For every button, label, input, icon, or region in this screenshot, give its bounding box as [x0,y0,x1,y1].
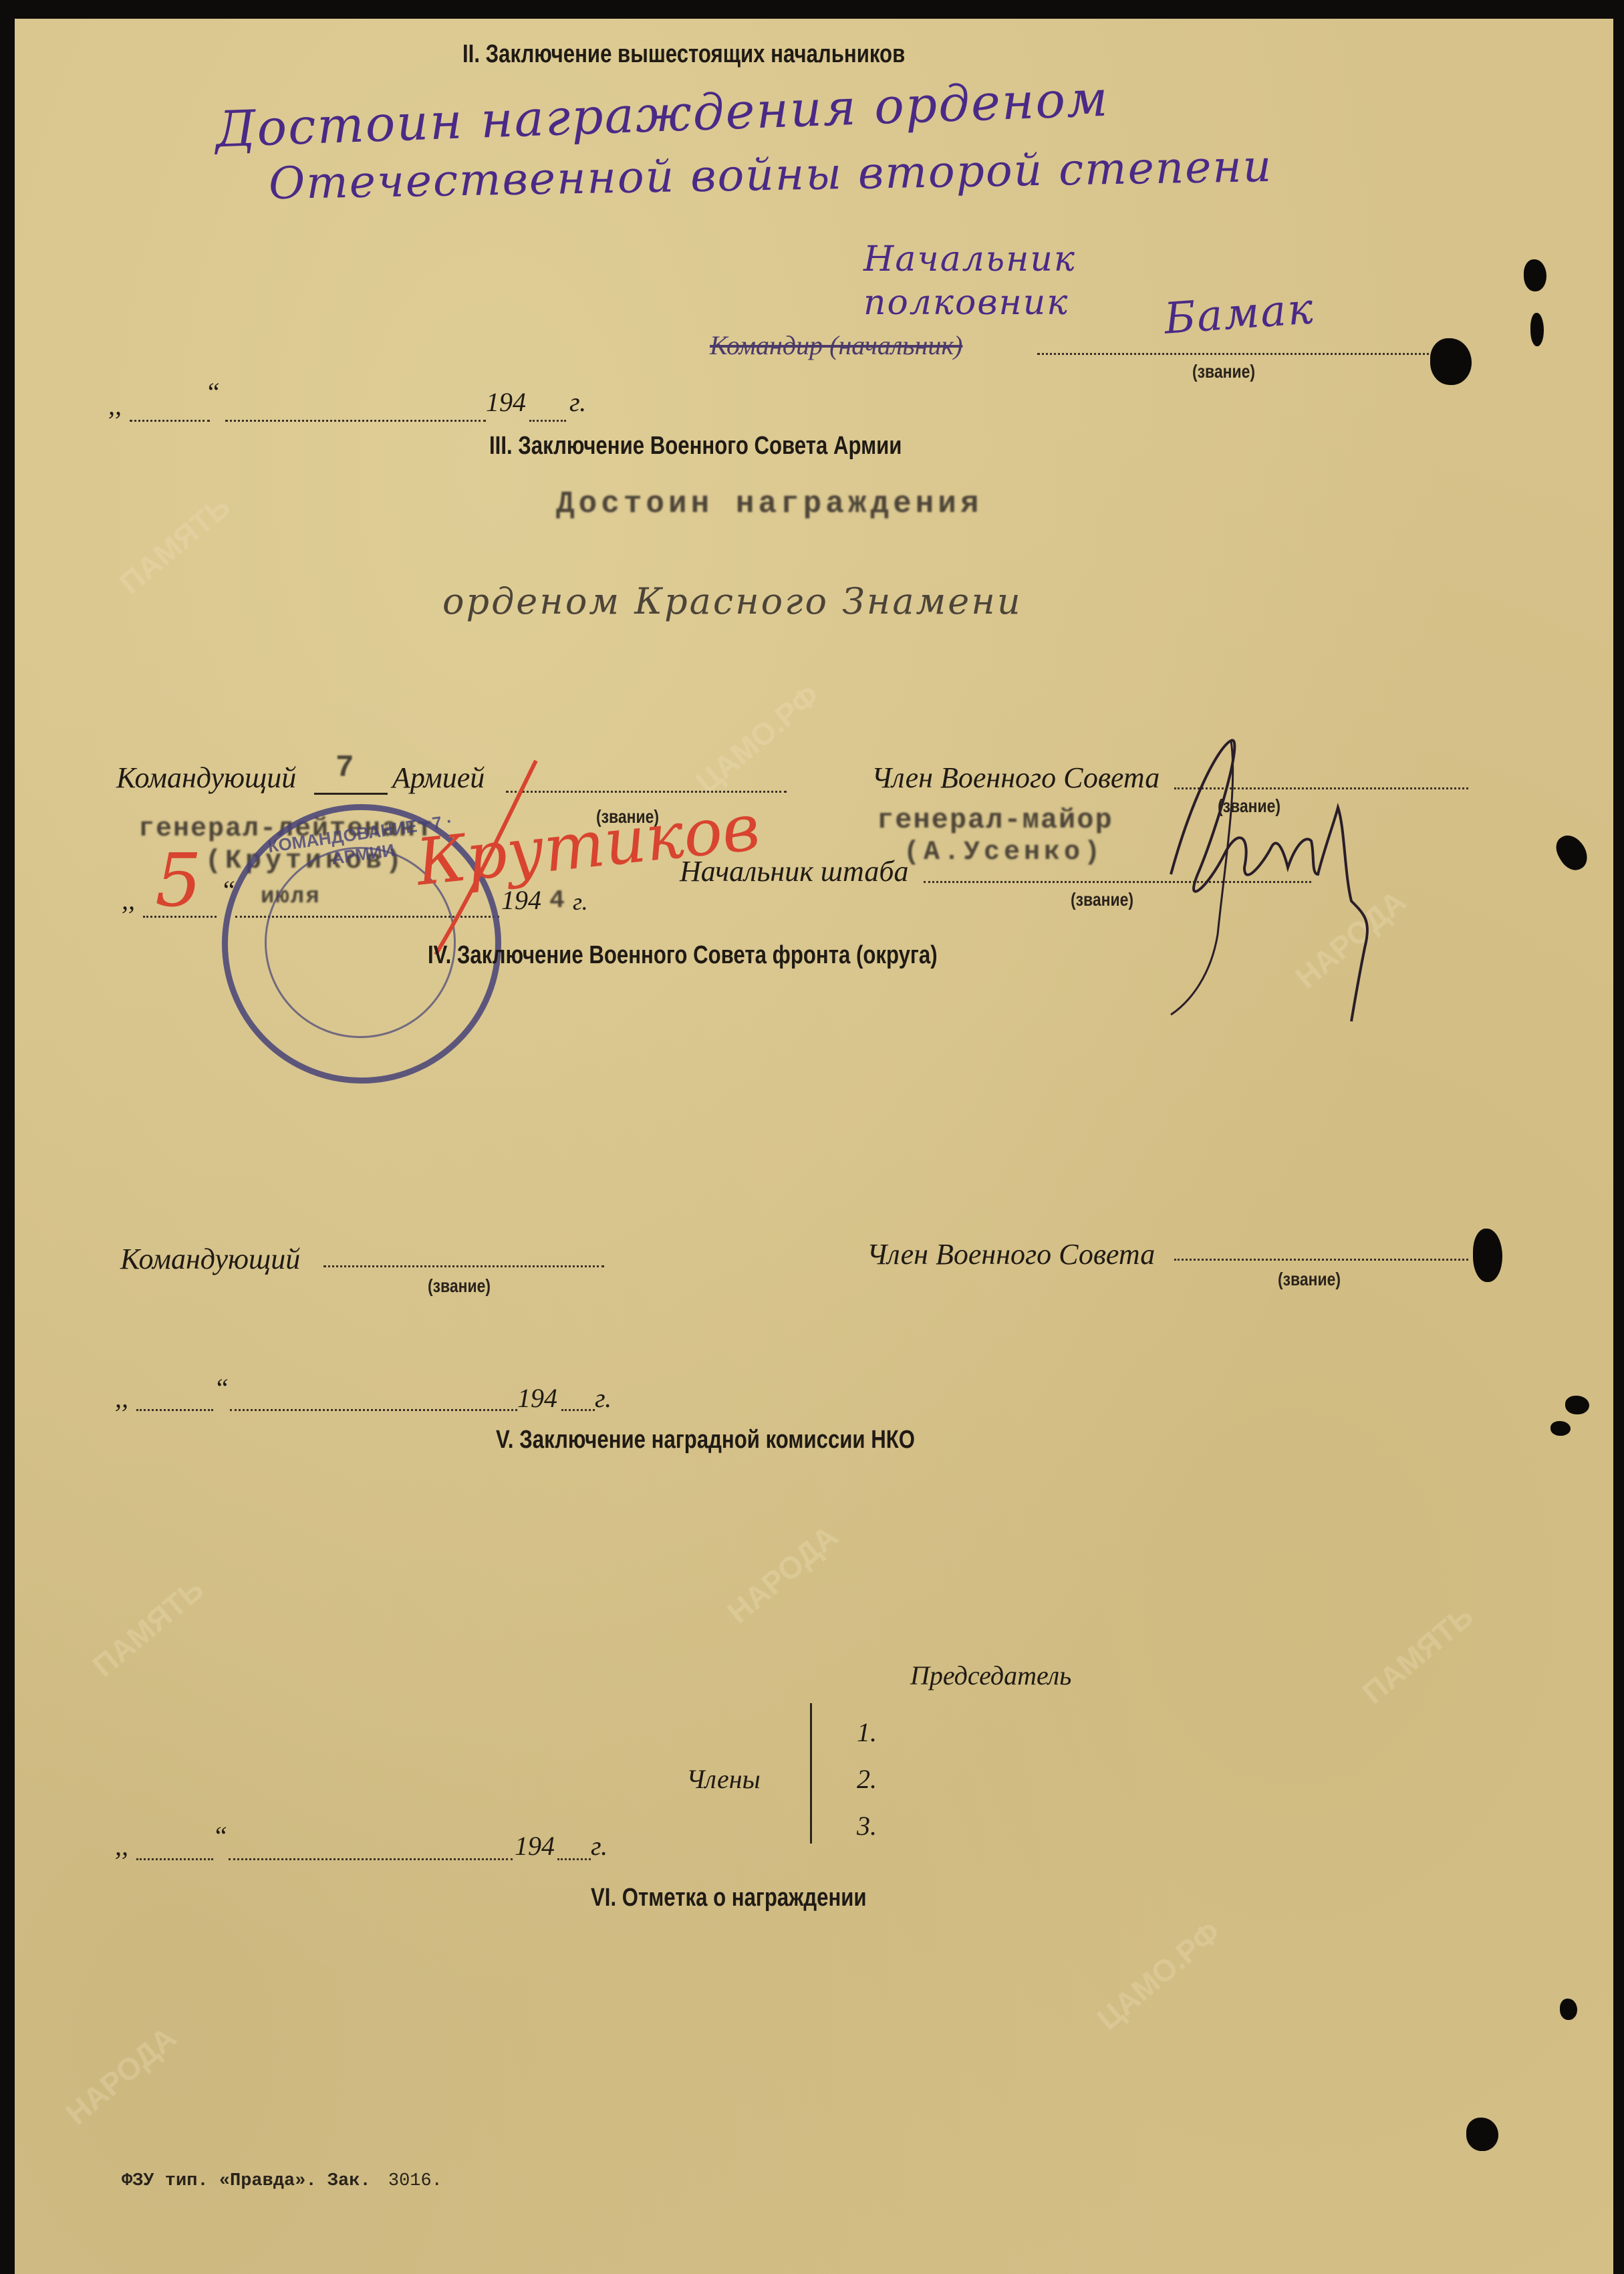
commander-label: Командир (начальник) [710,330,962,361]
date-month-field [230,1409,517,1411]
watermark: ЦАМО.РФ [1090,1914,1228,2037]
date-day-field [136,1858,213,1860]
date-day-field [130,420,210,422]
date-open-quote: ,, [115,1830,128,1862]
binding-hole [1530,313,1544,346]
date-month-field [229,1858,513,1860]
date-year-field [557,1858,591,1860]
member-council-signature [1144,721,1425,1028]
document-page: ПАМЯТЬ ЦАМО.РФ НАРОДА ПАМЯТЬ НАРОДА ПАМЯ… [15,19,1613,2274]
binding-hole [1524,259,1546,291]
date-open-quote: ,, [115,1382,128,1414]
member-council-signature-text: Усенко [1191,807,1202,808]
watermark: НАРОДА [59,2019,183,2132]
member-3: 3. [857,1810,877,1842]
date-year: 194 [517,1382,557,1414]
date-year: 194 [486,386,526,418]
typed-member-rank: генерал-майор [877,804,1113,836]
typed-member-name: (А.Усенко) [904,838,1104,868]
front-commander-label: Командующий [120,1242,300,1276]
date-open-quote: ,, [108,390,122,421]
date-year-field [529,420,566,422]
members-brace [810,1703,812,1844]
date-day-field [136,1409,213,1411]
date-month-field [225,420,486,422]
section-4-heading: IV. Заключение Военного Совета фронта (о… [428,941,938,970]
date-close-quote: “ [205,376,220,408]
army-commander-label: Командующий [116,761,296,795]
binding-hole [1560,1999,1577,2020]
army-number: 7 [335,751,358,785]
member-2: 2. [857,1763,877,1795]
watermark: ЦАМО.РФ [689,677,827,801]
watermark: НАРОДА [720,1518,845,1630]
date-year-field [561,1409,595,1411]
section-5-heading: V. Заключение наградной комиссии НКО [496,1426,915,1455]
date-open-quote: ,, [122,884,135,916]
section-3-heading: III. Заключение Военного Совета Армии [489,432,902,461]
binding-hole [1473,1229,1502,1282]
army-number-underline [314,793,388,795]
members-label: Члены [686,1763,761,1795]
date-suffix: г. [595,1382,612,1414]
handwritten-rank-line-1: Начальник [863,239,1076,279]
date-close-quote: “ [213,1820,227,1852]
handwritten-award: орденом Красного Знамени [442,580,1023,622]
section-2-heading: II. Заключение вышестоящих начальников [462,40,905,69]
member-1: 1. [857,1717,877,1748]
section-6-heading: VI. Отметка о награждении [591,1884,867,1912]
front-commander-signature-line [323,1265,604,1267]
printer-imprint: ФЗУ тип. «Правда». Зак. 3016. [122,2171,442,2191]
date-suffix: г. [591,1830,607,1862]
chairman-label: Председатель [910,1660,1071,1691]
front-member-council-signature-line [1174,1259,1468,1261]
printer-name: ФЗУ тип. «Правда». Зак. [122,2171,371,2191]
red-signature-stroke [416,754,563,968]
date-suffix: г. [569,386,586,418]
binding-hole [1466,2118,1498,2151]
binding-hole [1550,1421,1571,1436]
binding-hole [1430,338,1472,385]
rank-caption: (звание) [1278,1269,1341,1290]
rank-caption: (звание) [1071,889,1133,910]
commander-signature-line [1037,353,1458,355]
front-member-council-label: Член Военного Совета [867,1237,1155,1271]
red-approval-number: 5 [155,838,202,923]
date-suffix: г. [573,888,588,916]
date-year: 194 [515,1830,555,1862]
rank-caption: (звание) [428,1275,491,1297]
binding-hole [1565,1396,1589,1414]
rank-caption: (звание) [1192,361,1255,382]
typed-verdict: Достоин награждения [556,487,983,521]
commander-signature: Бамак [1163,284,1316,344]
member-council-label: Член Военного Совета [871,761,1160,795]
order-number: 3016. [388,2171,442,2191]
handwritten-rank-line-2: полковник [863,283,1069,323]
watermark: ПАМЯТЬ [1355,1598,1480,1711]
watermark: ПАМЯТЬ [86,1571,211,1684]
watermark: ПАМЯТЬ [112,488,237,601]
binding-hole [1551,830,1593,876]
date-close-quote: “ [214,1372,229,1404]
